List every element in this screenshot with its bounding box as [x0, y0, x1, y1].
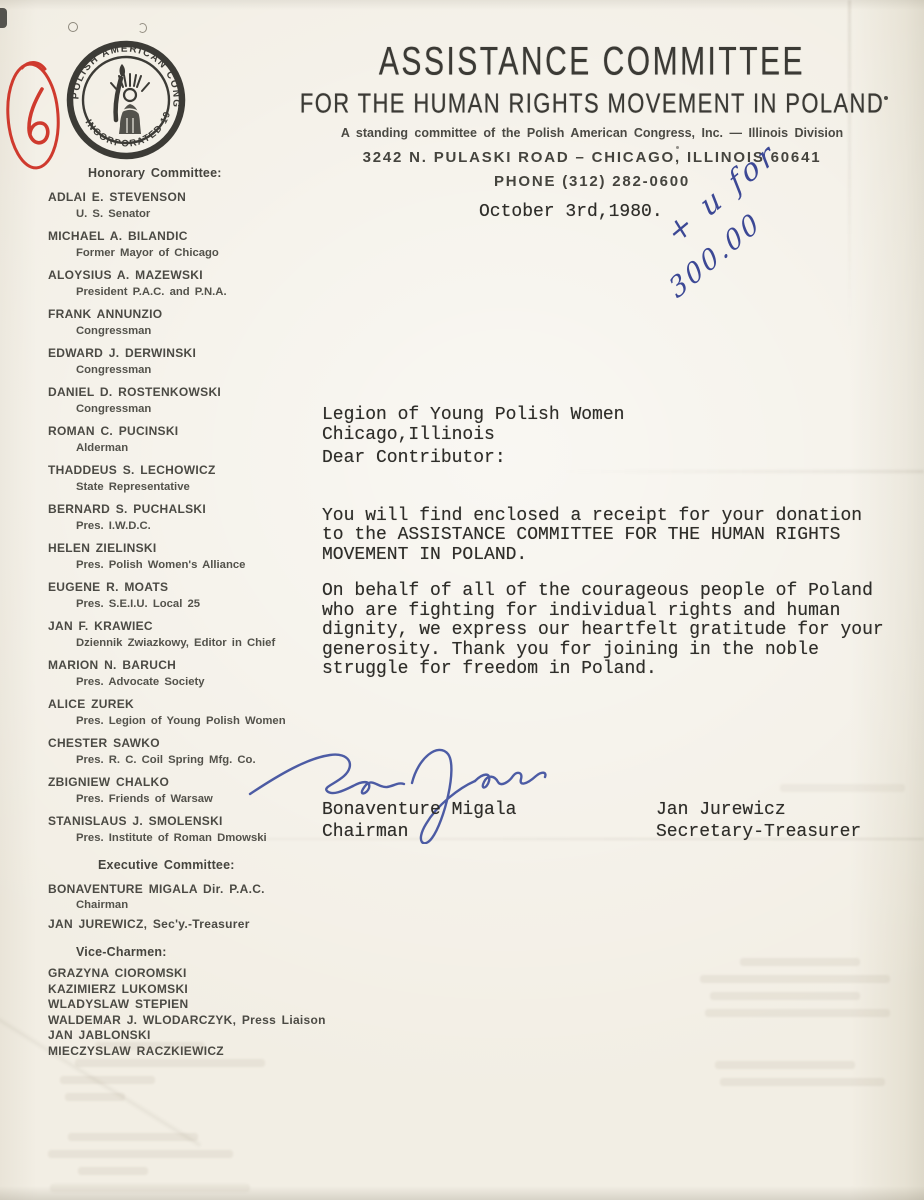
letter-body: Legion of Young Polish Women Chicago,Ill… — [322, 406, 922, 680]
vice-chairman-name: GRAZYNA CIOROMSKI — [40, 966, 328, 982]
committee-member: HELEN ZIELINSKI Pres. Polish Women's All… — [40, 542, 328, 571]
vice-chairman-name: KAZIMIERZ LUKOMSKI — [40, 982, 328, 998]
member-title: Pres. Legion of Young Polish Women — [40, 715, 328, 727]
committee-member: JAN JUREWICZ, Sec'y.-Treasurer — [40, 918, 328, 931]
scan-artifact — [0, 8, 7, 28]
committee-member: DANIEL D. ROSTENKOWSKI Congressman — [40, 386, 328, 415]
salutation: Dear Contributor: — [322, 449, 922, 469]
signer-right: Jan Jurewicz Secretary-Treasurer — [656, 799, 861, 843]
member-title: Pres. R. C. Coil Spring Mfg. Co. — [40, 754, 328, 766]
bleedthrough-artifact — [700, 958, 895, 1095]
member-name: EDWARD J. DERWINSKI — [40, 347, 328, 360]
committee-member: ALOYSIUS A. MAZEWSKI President P.A.C. an… — [40, 269, 328, 298]
committee-roster-sidebar: Honorary Committee: ADLAI E. STEVENSON U… — [40, 166, 328, 1060]
organization-address: 3242 N. PULASKI ROAD – CHICAGO, ILLINOIS… — [292, 149, 892, 166]
member-name: BONAVENTURE MIGALA Dir. P.A.C. — [40, 883, 328, 896]
committee-member: EUGENE R. MOATS Pres. S.E.I.U. Local 25 — [40, 581, 328, 610]
signer-right-title: Secretary-Treasurer — [656, 821, 861, 843]
member-name: BERNARD S. PUCHALSKI — [40, 503, 328, 516]
member-name: FRANK ANNUNZIO — [40, 308, 328, 321]
member-name: ZBIGNIEW CHALKO — [40, 776, 328, 789]
member-name: CHESTER SAWKO — [40, 737, 328, 750]
committee-member: ALICE ZUREK Pres. Legion of Young Polish… — [40, 698, 328, 727]
member-name: MARION N. BARUCH — [40, 659, 328, 672]
organization-title-line2: FOR THE HUMAN RIGHTS MOVEMENT IN POLAND — [292, 87, 892, 120]
executive-committee-list: BONAVENTURE MIGALA Dir. P.A.C. Chairman … — [40, 883, 328, 932]
committee-member: ROMAN C. PUCINSKI Alderman — [40, 425, 328, 454]
letter-paragraph-1: You will find enclosed a receipt for you… — [322, 507, 922, 566]
member-title: Alderman — [40, 442, 328, 454]
member-title: Congressman — [40, 364, 328, 376]
letter-date: October 3rd,1980. — [479, 202, 663, 222]
committee-member: JAN F. KRAWIEC Dziennik Zwiazkowy, Edito… — [40, 620, 328, 649]
committee-member: FRANK ANNUNZIO Congressman — [40, 308, 328, 337]
organization-title-line1: ASSISTANCE COMMITTEE — [292, 40, 892, 85]
member-title: State Representative — [40, 481, 328, 493]
member-title: Pres. I.W.D.C. — [40, 520, 328, 532]
committee-member: MICHAEL A. BILANDIC Former Mayor of Chic… — [40, 230, 328, 259]
committee-member: ZBIGNIEW CHALKO Pres. Friends of Warsaw — [40, 776, 328, 805]
honorary-committee-heading: Honorary Committee: — [88, 166, 328, 180]
member-title: U. S. Senator — [40, 208, 328, 220]
member-name: DANIEL D. ROSTENKOWSKI — [40, 386, 328, 399]
signature-blocks: Bonaventure Migala Chairman Jan Jurewicz… — [322, 799, 922, 843]
organization-subtitle: A standing committee of the Polish Ameri… — [292, 126, 892, 140]
letterhead: ASSISTANCE COMMITTEE FOR THE HUMAN RIGHT… — [292, 40, 892, 190]
committee-member: CHESTER SAWKO Pres. R. C. Coil Spring Mf… — [40, 737, 328, 766]
organization-phone: PHONE (312) 282-0600 — [292, 173, 892, 190]
member-title: Pres. Institute of Roman Dmowski — [40, 832, 328, 844]
committee-member: STANISLAUS J. SMOLENSKI Pres. Institute … — [40, 815, 328, 844]
committee-member: ADLAI E. STEVENSON U. S. Senator — [40, 191, 328, 220]
handwritten-page-number — [2, 56, 66, 176]
scan-edge — [0, 0, 924, 10]
member-name: HELEN ZIELINSKI — [40, 542, 328, 555]
committee-member: THADDEUS S. LECHOWICZ State Representati… — [40, 464, 328, 493]
staple-hole — [68, 22, 78, 32]
committee-member: BERNARD S. PUCHALSKI Pres. I.W.D.C. — [40, 503, 328, 532]
member-title: Chairman — [40, 899, 328, 911]
bleedthrough-artifact — [780, 784, 910, 801]
vice-chairman-name: WALDEMAR J. WLODARCZYK, Press Liaison — [40, 1013, 328, 1029]
member-title: Congressman — [40, 403, 328, 415]
member-title: Former Mayor of Chicago — [40, 247, 328, 259]
member-title: President P.A.C. and P.N.A. — [40, 286, 328, 298]
signer-left-title: Chairman — [322, 821, 656, 843]
polish-american-congress-seal: POLISH AMERICAN CONGRESS INCORPORATED 19… — [64, 38, 188, 162]
member-title: Congressman — [40, 325, 328, 337]
committee-member: MARION N. BARUCH Pres. Advocate Society — [40, 659, 328, 688]
committee-member: EDWARD J. DERWINSKI Congressman — [40, 347, 328, 376]
staple-hole — [138, 23, 147, 33]
signer-left: Bonaventure Migala Chairman — [322, 799, 656, 843]
signer-left-name: Bonaventure Migala — [322, 799, 656, 821]
member-name: ALOYSIUS A. MAZEWSKI — [40, 269, 328, 282]
bleedthrough-artifact — [40, 1042, 280, 1200]
signer-right-name: Jan Jurewicz — [656, 799, 861, 821]
member-name: MICHAEL A. BILANDIC — [40, 230, 328, 243]
member-title: Pres. Polish Women's Alliance — [40, 559, 328, 571]
vice-chairman-name: WLADYSLAW STEPIEN — [40, 997, 328, 1013]
committee-member: BONAVENTURE MIGALA Dir. P.A.C. Chairman — [40, 883, 328, 912]
member-name: ALICE ZUREK — [40, 698, 328, 711]
statue-of-liberty-icon — [111, 64, 149, 134]
member-title: Pres. S.E.I.U. Local 25 — [40, 598, 328, 610]
member-name: ADLAI E. STEVENSON — [40, 191, 328, 204]
member-name: JAN JUREWICZ, Sec'y.-Treasurer — [40, 918, 328, 931]
honorary-committee-list: ADLAI E. STEVENSON U. S. Senator MICHAEL… — [40, 191, 328, 844]
member-name: STANISLAUS J. SMOLENSKI — [40, 815, 328, 828]
member-name: THADDEUS S. LECHOWICZ — [40, 464, 328, 477]
executive-committee-heading: Executive Committee: — [98, 858, 328, 872]
recipient-address: Legion of Young Polish Women Chicago,Ill… — [322, 406, 922, 445]
scanned-letter-page: POLISH AMERICAN CONGRESS INCORPORATED 19… — [0, 0, 924, 1200]
vice-chairmen-heading: Vice-Charmen: — [76, 945, 328, 959]
member-name: JAN F. KRAWIEC — [40, 620, 328, 633]
member-title: Pres. Friends of Warsaw — [40, 793, 328, 805]
member-name: ROMAN C. PUCINSKI — [40, 425, 328, 438]
letter-paragraph-2: On behalf of all of the courageous peopl… — [322, 582, 922, 680]
member-title: Pres. Advocate Society — [40, 676, 328, 688]
member-title: Dziennik Zwiazkowy, Editor in Chief — [40, 637, 328, 649]
member-name: EUGENE R. MOATS — [40, 581, 328, 594]
